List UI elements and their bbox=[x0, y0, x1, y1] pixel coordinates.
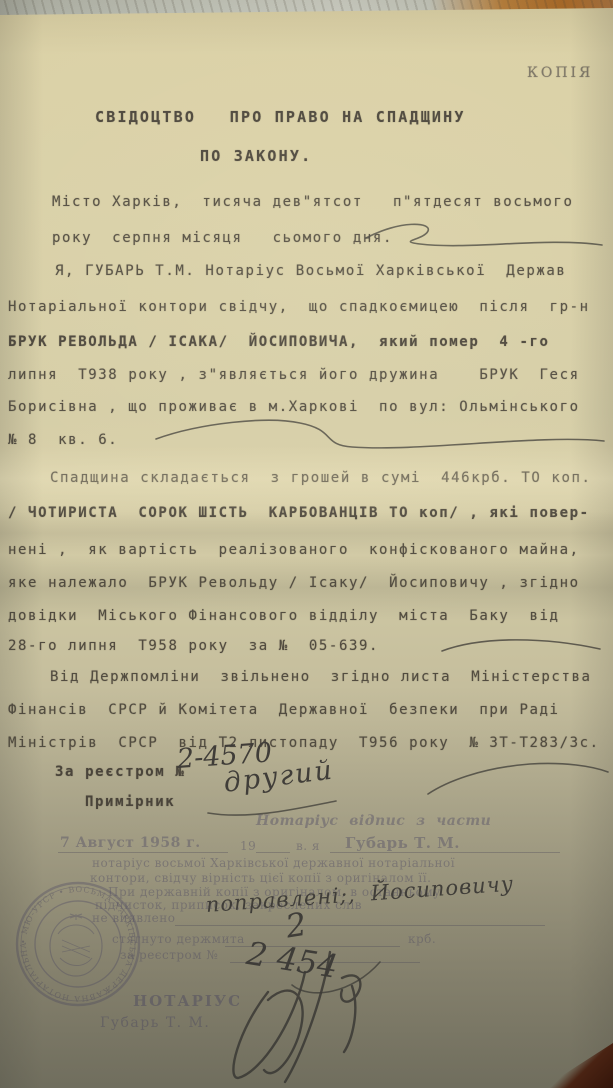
handwritten-flourish-date bbox=[366, 224, 602, 245]
handwritten-flourish-address bbox=[156, 420, 604, 448]
signature-stroke bbox=[344, 986, 355, 1052]
signature-stroke bbox=[285, 952, 330, 1082]
signature-stroke bbox=[341, 975, 360, 1001]
handwritten-underline-copy-note bbox=[208, 801, 336, 815]
handwritten-flourish-ref bbox=[442, 640, 600, 651]
svg-text:• МЮ-УРСР • ВОСЬМА ХАРКІВС: • МЮ-УРСР • ВОСЬМА ХАРКІВСЬКА ДЕРЖАВНА Н… bbox=[0, 0, 137, 1003]
seal-ring-text: • МЮ-УРСР • ВОСЬМА ХАРКІВСЬКА ДЕРЖАВНА Н… bbox=[0, 0, 137, 1003]
document-photo: КОПІЯ СВІДОЦТВО ПРО ПРАВО НА СПАДЩИНУ ПО… bbox=[0, 0, 613, 1088]
seal-emblem bbox=[50, 914, 102, 976]
ink-flourishes-layer: • МЮ-УРСР • ВОСЬМА ХАРКІВСЬКА ДЕРЖАВНА Н… bbox=[0, 0, 613, 1088]
notary-signature bbox=[233, 952, 360, 1082]
handwritten-flourish-registry bbox=[428, 763, 608, 794]
handwritten-tail-1 bbox=[292, 962, 380, 993]
signature-stroke bbox=[233, 972, 305, 1078]
notary-seal: • МЮ-УРСР • ВОСЬМА ХАРКІВСЬКА ДЕРЖАВНА Н… bbox=[0, 0, 139, 1005]
